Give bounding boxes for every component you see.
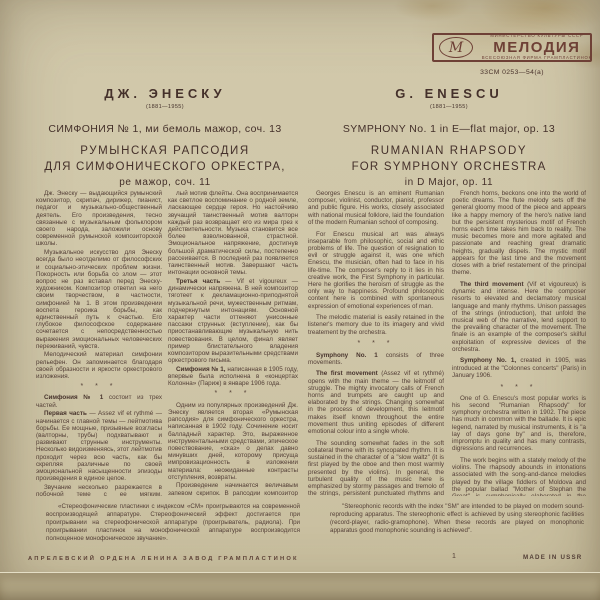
- paragraph: Дж. Энеску — выдающийся румынский композ…: [36, 190, 162, 248]
- monogram-letter: М: [449, 41, 463, 55]
- melodiya-monogram-icon: М: [439, 37, 473, 58]
- liner-notes-ru-column-1: Дж. Энеску — выдающийся румынский композ…: [36, 190, 162, 496]
- paragraph: For Enescu musical art was always insepa…: [308, 231, 444, 310]
- rhapsody-title-ru-line1: РУМЫНСКАЯ РАПСОДИЯ: [24, 145, 306, 157]
- melodiya-logo-text: МИНИСТЕРСТВО КУЛЬТУРЫ СССР МЕЛОДИЯ ВСЕСО…: [477, 34, 597, 60]
- symphony-title-ru: СИМФОНИЯ № 1, ми бемоль мажор, соч. 13: [24, 123, 306, 135]
- paragraph: Произведение начинается величавым запево…: [168, 482, 298, 496]
- composer-name-en: G. ENESCU: [308, 86, 590, 101]
- composer-years-ru: (1881—1955): [24, 104, 306, 110]
- liner-notes-ru-column-2: лый мотив флейты. Она воспринимается как…: [168, 190, 298, 496]
- paragraph: Симфония № 1, написанная в 1905 году, вп…: [168, 366, 298, 388]
- section-separator: * * *: [308, 340, 444, 347]
- paragraph: One of G. Enescu's most popular works is…: [452, 395, 586, 453]
- composer-name-ru: ДЖ. ЭНЕСКУ: [24, 86, 306, 101]
- paragraph: French horns, beckons one into the world…: [452, 190, 586, 276]
- paragraph: Музыкальное искусство для Энеску всегда …: [36, 249, 162, 350]
- paragraph: The third movement (Vif et vigoureux) is…: [452, 281, 586, 353]
- melodiya-logo-block: М МИНИСТЕРСТВО КУЛЬТУРЫ СССР МЕЛОДИЯ ВСЕ…: [432, 33, 592, 76]
- paragraph: Одним из популярных произведений Дж. Эне…: [168, 402, 298, 481]
- rhapsody-title-ru-line3: ре мажор, соч. 11: [24, 177, 306, 188]
- liner-notes-en-column-2: French horns, beckons one into the world…: [452, 190, 586, 496]
- ministry-line: МИНИСТЕРСТВО КУЛЬТУРЫ СССР: [482, 35, 592, 39]
- label-name: МЕЛОДИЯ: [477, 40, 597, 55]
- catalog-number: 33СМ 0253—54(а): [432, 69, 592, 76]
- section-separator: * * *: [36, 383, 162, 390]
- paragraph: The first movement (Assez vif et rythmé)…: [308, 370, 444, 435]
- stereo-note-ru: «Стереофонические пластинки с индексом «…: [46, 503, 300, 543]
- rhapsody-title-en-line1: RUMANIAN RHAPSODY: [308, 145, 590, 157]
- stereo-note-ru-text: «Стереофонические пластинки с индексом «…: [46, 503, 300, 543]
- rhapsody-title-en-line2: FOR SYMPHONY ORCHESTRA: [308, 161, 590, 173]
- record-sleeve-back: М МИНИСТЕРСТВО КУЛЬТУРЫ СССР МЕЛОДИЯ ВСЕ…: [0, 0, 600, 600]
- rhapsody-title-ru-line2: ДЛЯ СИМФОНИЧЕСКОГО ОРКЕСТРА,: [24, 161, 306, 173]
- header-en: G. ENESCU (1881—1955) SYMPHONY No. 1 in …: [308, 86, 590, 188]
- firm-line: ВСЕСОЮЗНАЯ ФИРМА ГРАМПЛАСТИНОК: [482, 56, 592, 60]
- liner-notes-en-column-1: Georges Enescu is an eminent Rumanian co…: [308, 190, 444, 496]
- composer-years-en: (1881—1955): [308, 104, 590, 110]
- paragraph: Звучание несколько разрежается в побочно…: [36, 484, 162, 496]
- paragraph: The work begins with a stately melody of…: [452, 457, 586, 496]
- symphony-title-en: SYMPHONY No. 1 in E—flat major, op. 13: [308, 123, 590, 135]
- page-number: 1: [452, 553, 456, 560]
- paragraph: Symphony No. 1 consists of three movemen…: [308, 352, 444, 366]
- melodiya-logo-frame: М МИНИСТЕРСТВО КУЛЬТУРЫ СССР МЕЛОДИЯ ВСЕ…: [432, 33, 592, 62]
- pressing-plant-line: АПРЕЛЕВСКИЙ ОРДЕНА ЛЕНИНА ЗАВОД ГРАМПЛАС…: [28, 556, 290, 562]
- paragraph: Мелодический материал симфонии рельефен.…: [36, 351, 162, 380]
- paragraph: The sounding somewhat fades in the soft …: [308, 440, 444, 496]
- section-separator: * * *: [452, 384, 586, 391]
- paragraph: лый мотив флейты. Она воспринимается как…: [168, 190, 298, 276]
- made-in-ussr-label: MADE IN USSR: [523, 554, 582, 561]
- paragraph: Симфония № 1 состоит из трех частей.: [36, 394, 162, 408]
- paragraph: Symphony No. 1, created in 1905, was int…: [452, 357, 586, 379]
- section-separator: * * *: [168, 390, 298, 397]
- header-ru: ДЖ. ЭНЕСКУ (1881—1955) СИМФОНИЯ № 1, ми …: [24, 86, 306, 188]
- paragraph: Третья часть — Vif et vigoureux — динами…: [168, 278, 298, 364]
- paragraph: Georges Enescu is an eminent Rumanian co…: [308, 190, 444, 226]
- stereo-note-en-text: "Stereophonic records with the index "SM…: [330, 503, 584, 535]
- stereo-note-en: "Stereophonic records with the index "SM…: [330, 503, 584, 535]
- paragraph: Первая часть — Assez vif et rythmé — нач…: [36, 410, 162, 482]
- paragraph: The melodic material is easily retained …: [308, 314, 444, 336]
- rhapsody-title-en-line3: in D Major, op. 11: [308, 177, 590, 188]
- sleeve-fold-edge: [0, 572, 600, 600]
